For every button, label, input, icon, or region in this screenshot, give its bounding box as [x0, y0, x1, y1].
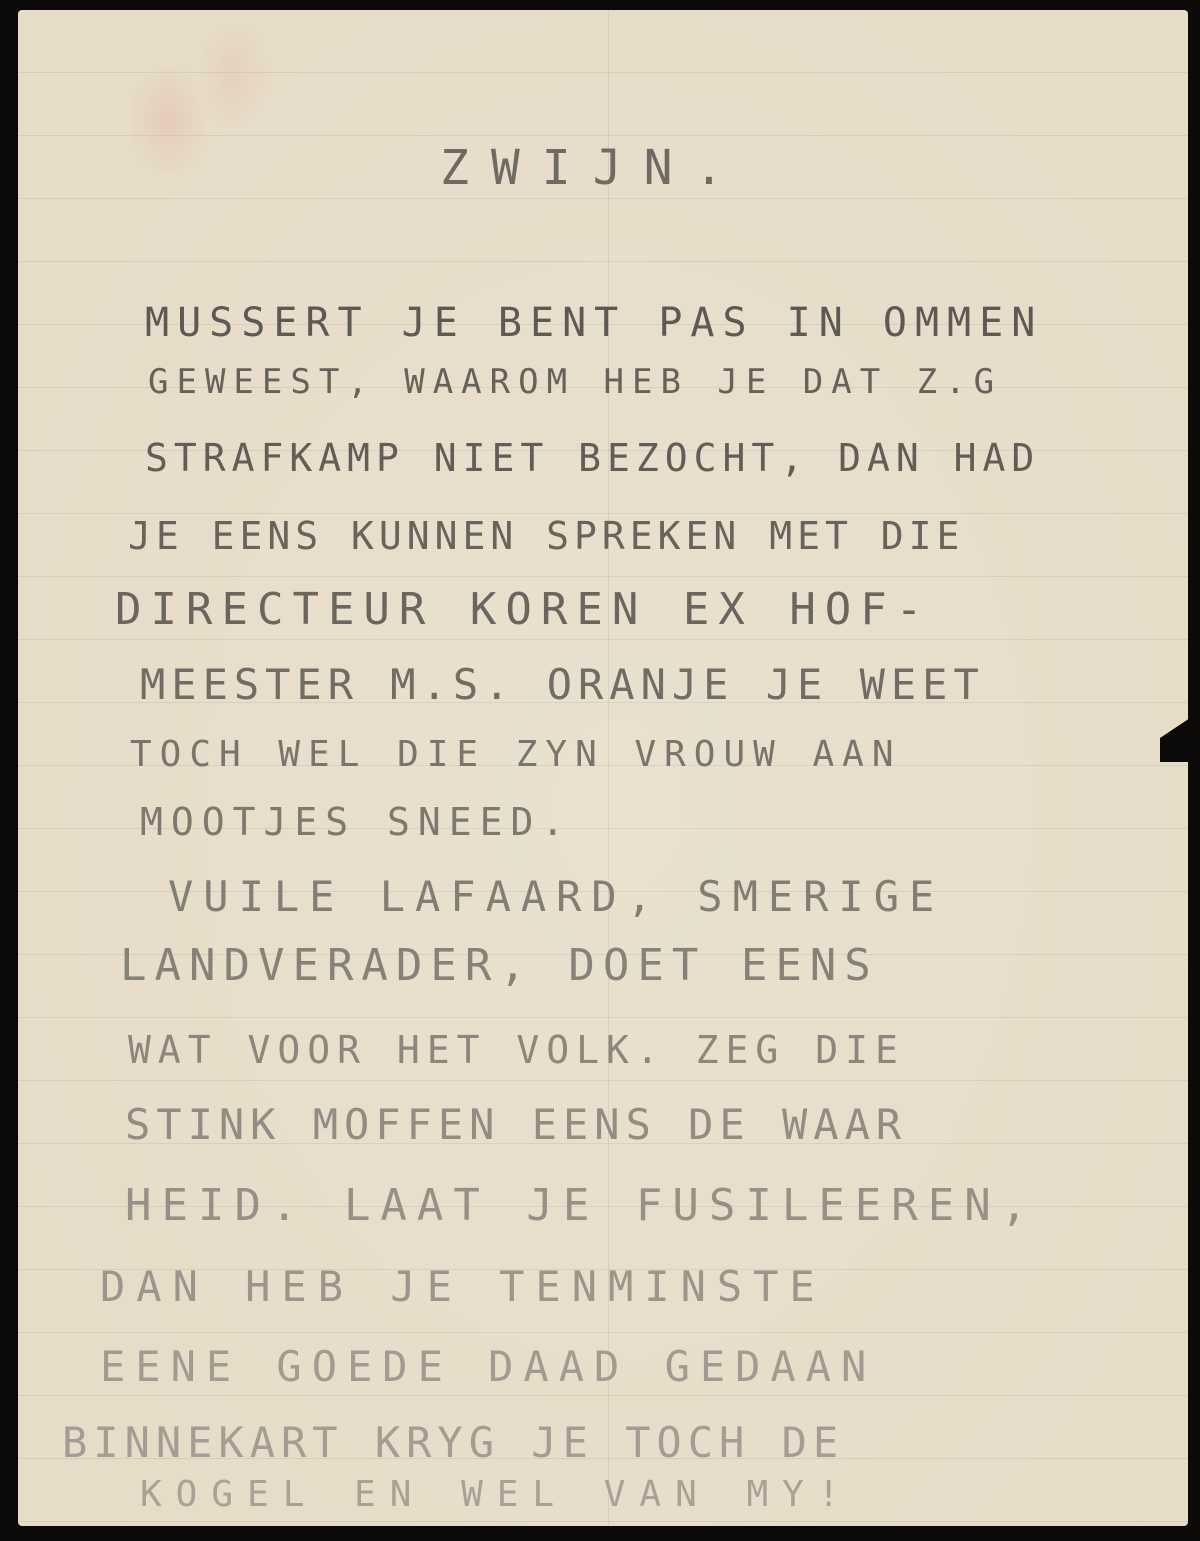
letter-line: EENE GOEDE DAAD GEDAAN [100, 1342, 876, 1391]
letter-line: MUSSERT JE BENT PAS IN OMMEN [145, 300, 1043, 346]
letter-line: MOOTJES SNEED. [140, 800, 572, 844]
letter-title: ZWIJN. [440, 140, 780, 196]
letter-line: JE EENS KUNNEN SPREKEN MET DIE [128, 514, 964, 558]
letter-line: STRAFKAMP NIET BEZOCHT, DAN HAD [145, 436, 1040, 480]
letter-line: MEESTER M.S. ORANJE JE WEET [140, 660, 985, 709]
letter-line: DIRECTEUR KOREN EX HOF- [115, 584, 931, 635]
letter-line: VUILE LAFAARD, SMERIGE [168, 872, 944, 921]
letter-line: HEID. LAAT JE FUSILEEREN, [125, 1180, 1037, 1231]
letter-line: LANDVERADER, DOET EENS [120, 940, 879, 991]
letter-line: GEWEEST, WAAROM HEB JE DAT Z.G [148, 362, 1002, 402]
letter-line: DAN HEB JE TENMINSTE [100, 1262, 826, 1311]
letter-line: TOCH WEL DIE ZYN VROUW AAN [130, 734, 902, 775]
paper-tear-fill [1165, 742, 1190, 762]
letter-line: WAT VOOR HET VOLK. ZEG DIE [128, 1028, 905, 1072]
letter-line: STINK MOFFEN EENS DE WAAR [125, 1100, 907, 1149]
letter-line: BINNEKART KRYG JE TOCH DE [62, 1418, 844, 1467]
letter-line: KOGEL EN WEL VAN MY! [140, 1474, 853, 1515]
